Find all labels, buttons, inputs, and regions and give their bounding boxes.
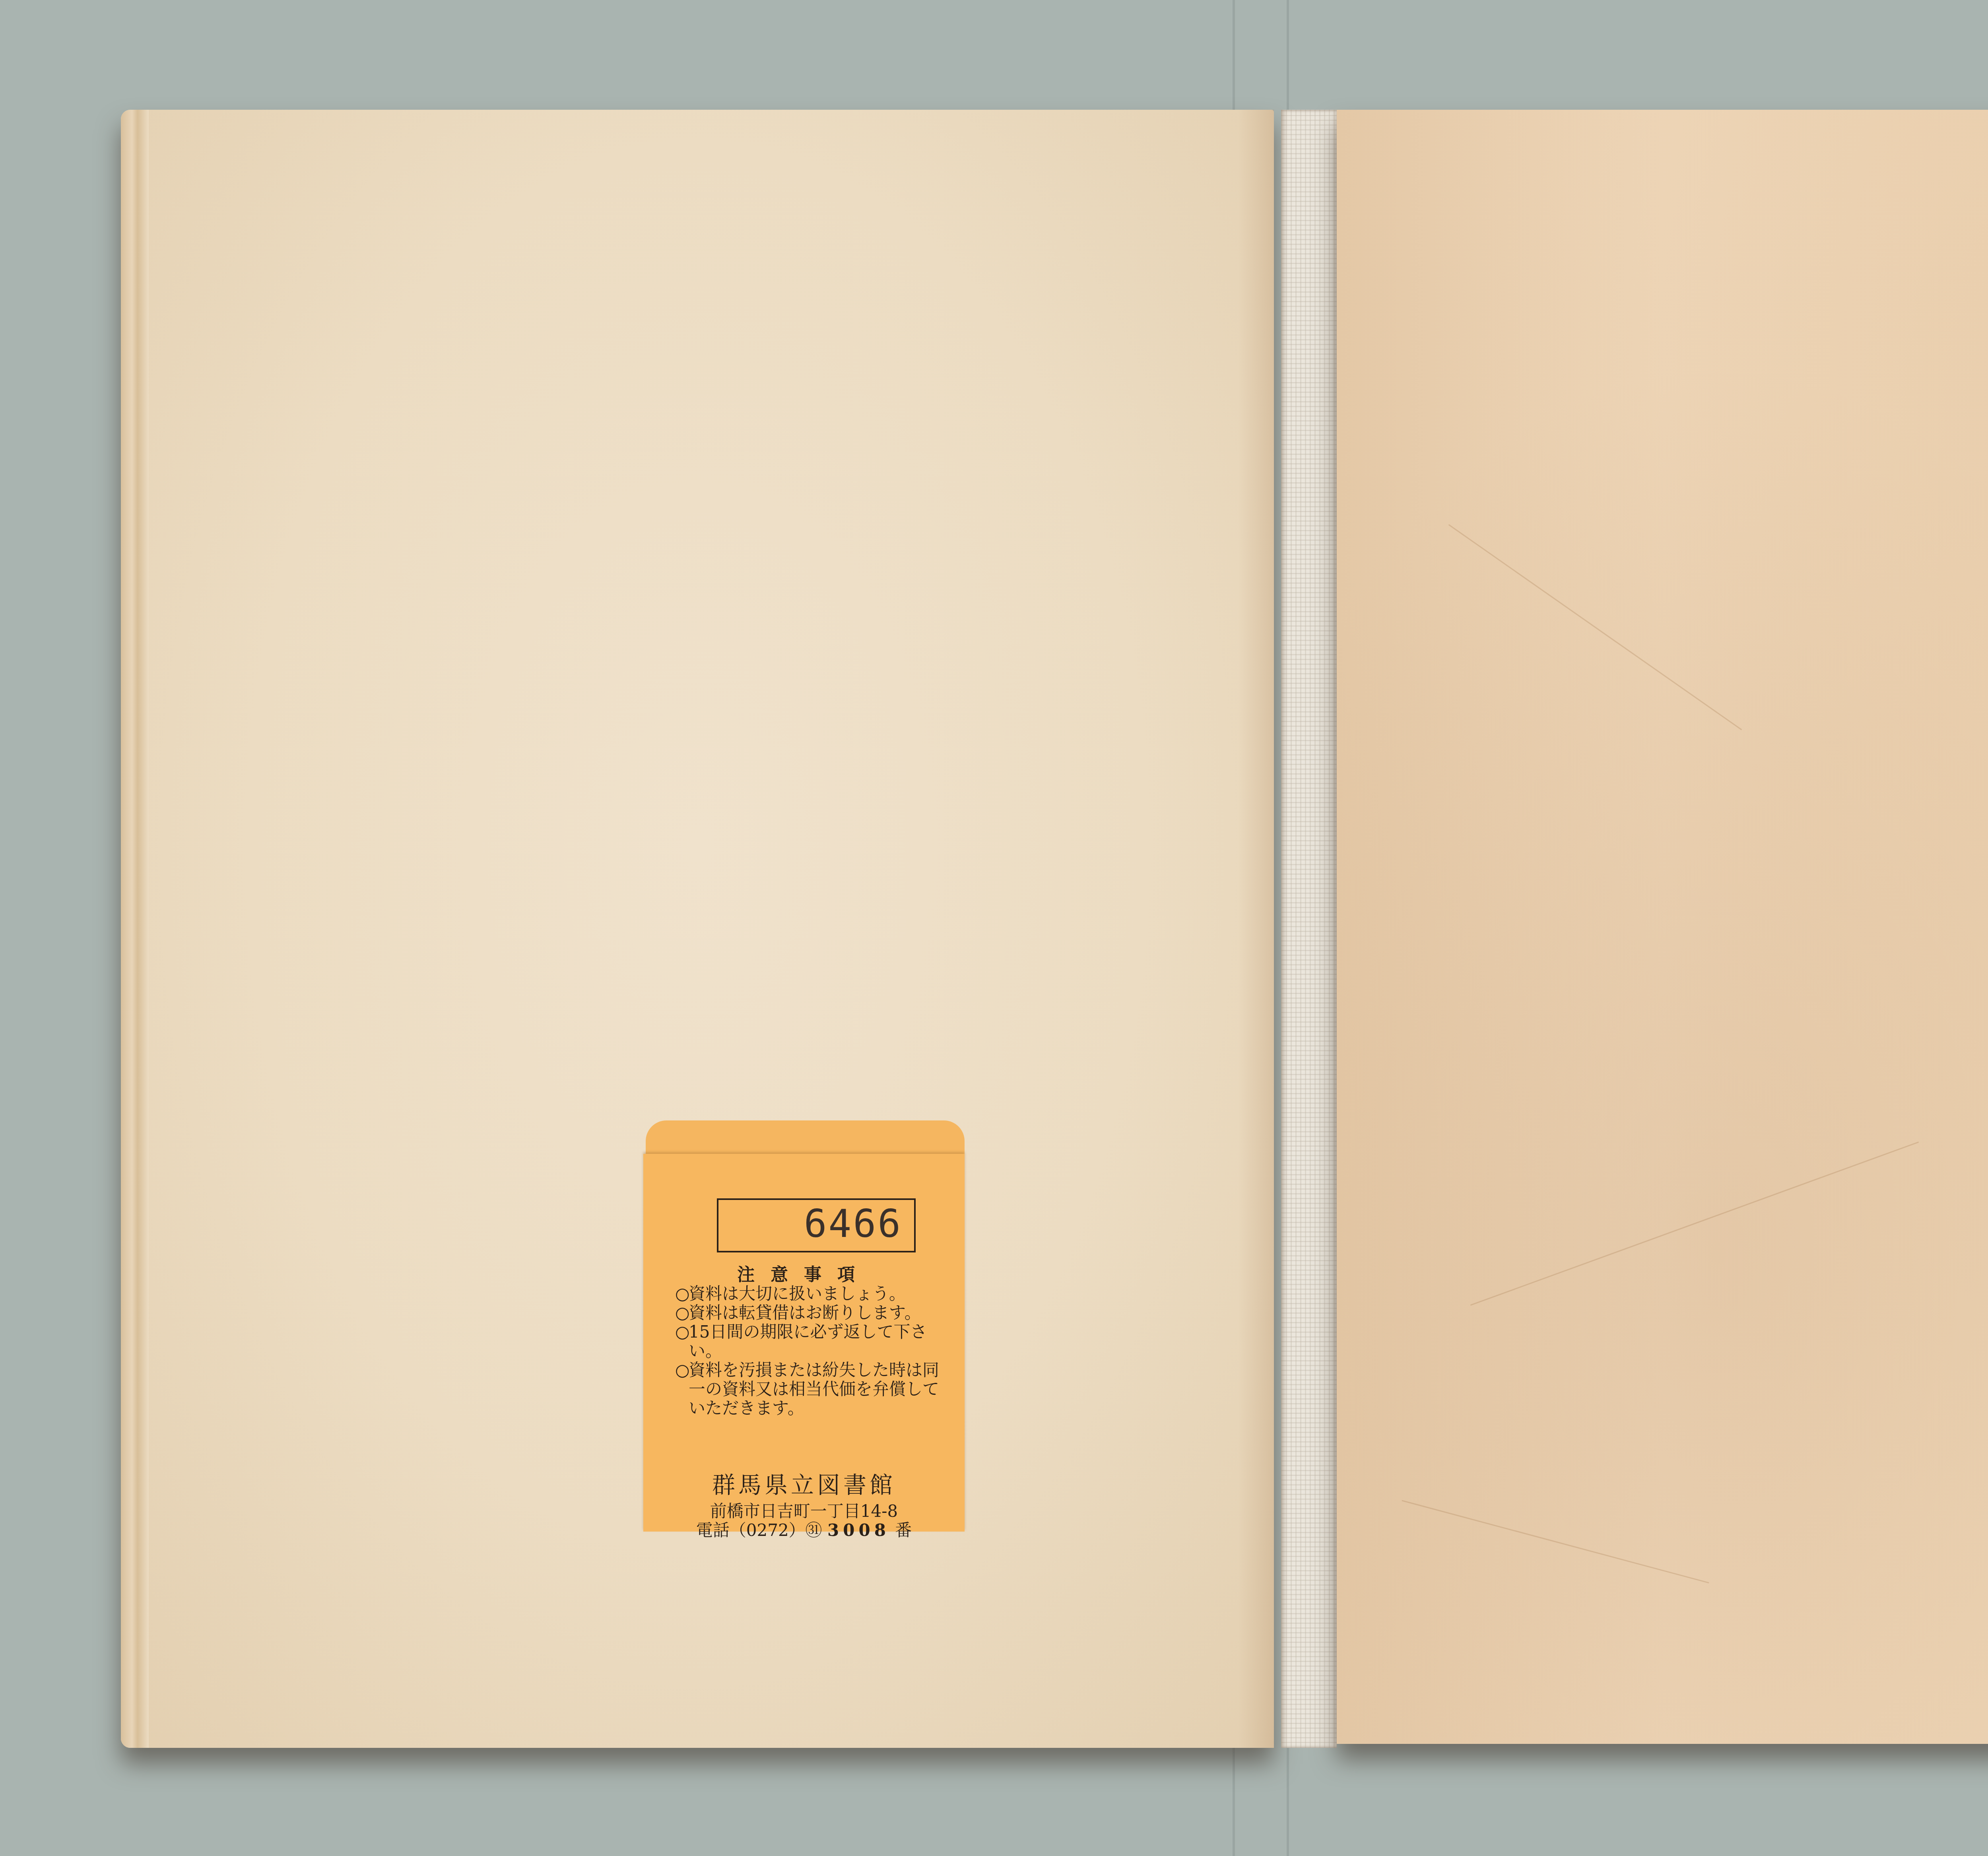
pocket-body: 6466 注意事項 ○ 資料は大切に扱いましょう。 ○ 資料は転貸借はお断りしま… xyxy=(643,1154,965,1532)
notice-text: 資料を汚損または紛失した時は同一の資料又は相当代価を弁償していただきます。 xyxy=(689,1361,953,1418)
notice-list: ○ 資料は大切に扱いましょう。 ○ 資料は転貸借はお断りします。 ○ 15日間の… xyxy=(675,1284,953,1418)
right-page xyxy=(1337,110,1988,1744)
notice-item: ○ 15日間の期限に必ず返して下さい。 xyxy=(675,1322,953,1361)
paper-crease xyxy=(1470,1142,1919,1306)
notice-text: 資料は大切に扱いましょう。 xyxy=(689,1284,953,1303)
left-page: 6466 注意事項 ○ 資料は大切に扱いましょう。 ○ 資料は転貸借はお断りしま… xyxy=(121,110,1274,1748)
notice-item: ○ 資料を汚損または紛失した時は同一の資料又は相当代価を弁償していただきます。 xyxy=(675,1361,953,1418)
paper-crease xyxy=(1402,1500,1709,1584)
notice-text: 資料は転貸借はお断りします。 xyxy=(689,1303,953,1322)
call-number-box: 6466 xyxy=(717,1198,916,1252)
circle-bullet-icon: ○ xyxy=(675,1284,689,1303)
library-name: 群馬県立図書館 xyxy=(643,1466,965,1500)
paper-crease xyxy=(1448,524,1742,730)
phone-suffix: 番 xyxy=(895,1520,912,1540)
notice-text: 15日間の期限に必ず返して下さい。 xyxy=(689,1322,953,1361)
library-card-pocket[interactable]: 6466 注意事項 ○ 資料は大切に扱いましょう。 ○ 資料は転貸借はお断りしま… xyxy=(646,1120,965,1532)
circle-bullet-icon: ○ xyxy=(675,1361,689,1418)
circle-bullet-icon: ○ xyxy=(675,1303,689,1322)
phone-number: 3008 xyxy=(827,1520,890,1540)
notice-item: ○ 資料は転貸借はお断りします。 xyxy=(675,1303,953,1322)
cloth-spine-tape xyxy=(1281,110,1337,1748)
notice-title: 注意事項 xyxy=(643,1260,965,1286)
library-phone: 電話（0272）㉛ 3008 番 xyxy=(643,1517,965,1541)
notice-item: ○ 資料は大切に扱いましょう。 xyxy=(675,1284,953,1303)
phone-prefix: 電話（0272）㉛ xyxy=(696,1520,822,1540)
circle-bullet-icon: ○ xyxy=(675,1322,689,1361)
call-number: 6466 xyxy=(804,1202,902,1246)
